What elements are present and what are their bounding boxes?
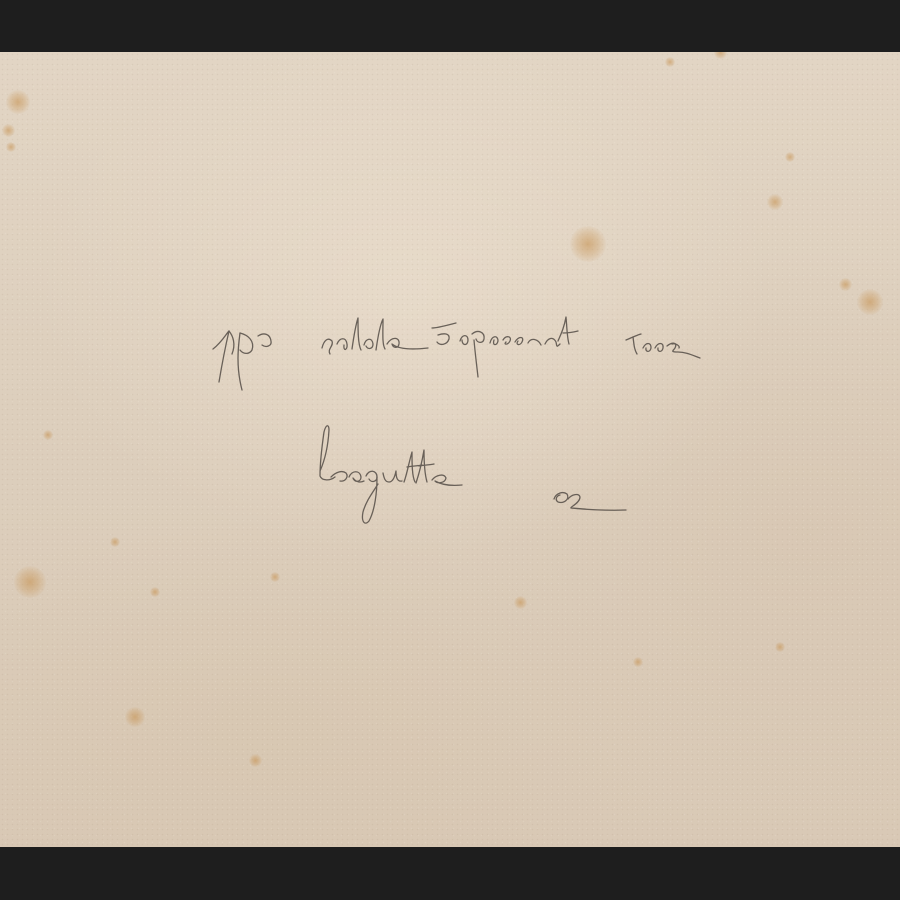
pencil-inscription: pp sable dépassant roux baguette or: [0, 52, 900, 847]
handwriting-strokes: [0, 52, 900, 847]
letterbox-bar-top: [0, 0, 900, 52]
aged-paper-sheet: pp sable dépassant roux baguette or: [0, 52, 900, 847]
photo-frame: pp sable dépassant roux baguette or: [0, 0, 900, 900]
letterbox-bar-bottom: [0, 847, 900, 900]
